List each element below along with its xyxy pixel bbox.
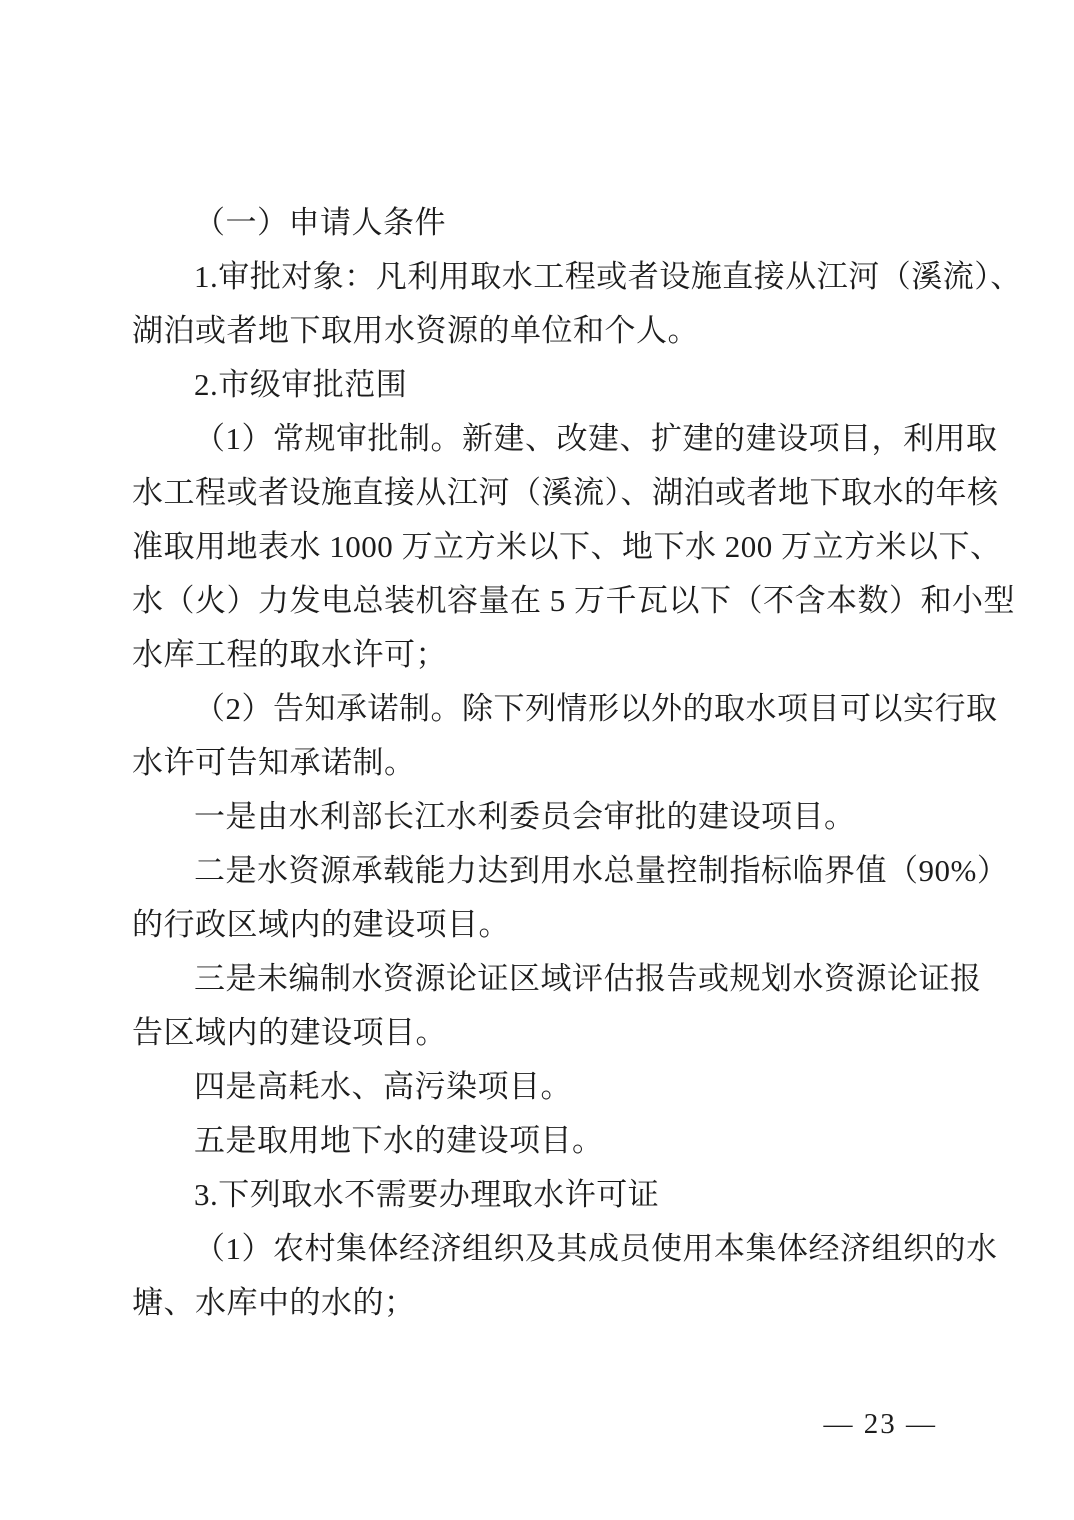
paragraph: 二是水资源承载能力达到用水总量控制指标临界值（90%） 的行政区域内的建设项目。 — [132, 844, 998, 952]
paragraph: 1.审批对象：凡利用取水工程或者设施直接从江河（溪流）、 湖泊或者地下取用水资源… — [132, 250, 998, 358]
text-line: 水许可告知承诺制。 — [132, 736, 998, 790]
text-line: 五是取用地下水的建设项目。 — [132, 1114, 998, 1168]
paragraph: 一是由水利部长江水利委员会审批的建设项目。 — [132, 790, 998, 844]
paragraph: 四是高耗水、高污染项目。 — [132, 1060, 998, 1114]
text-line: 塘、水库中的水的； — [132, 1276, 998, 1330]
text-line: 水（火）力发电总装机容量在 5 万千瓦以下（不含本数）和小型 — [132, 574, 998, 628]
paragraph: 五是取用地下水的建设项目。 — [132, 1114, 998, 1168]
text-line: 四是高耗水、高污染项目。 — [132, 1060, 998, 1114]
text-line: 三是未编制水资源论证区域评估报告或规划水资源论证报 — [132, 952, 998, 1006]
paragraph: （一）申请人条件 — [132, 196, 998, 250]
text-line: 二是水资源承载能力达到用水总量控制指标临界值（90%） — [132, 844, 998, 898]
text-line: （1）农村集体经济组织及其成员使用本集体经济组织的水 — [132, 1222, 998, 1276]
text-line: 告区域内的建设项目。 — [132, 1006, 998, 1060]
text-line: （1）常规审批制。新建、改建、扩建的建设项目，利用取 — [132, 412, 998, 466]
heading-line: （一）申请人条件 — [132, 196, 998, 250]
heading-line: 2.市级审批范围 — [132, 358, 998, 412]
text-line: 1.审批对象：凡利用取水工程或者设施直接从江河（溪流）、 — [132, 250, 998, 304]
heading-line: 3.下列取水不需要办理取水许可证 — [132, 1168, 998, 1222]
text-line: 准取用地表水 1000 万立方米以下、地下水 200 万立方米以下、 — [132, 520, 998, 574]
paragraph: （1）农村集体经济组织及其成员使用本集体经济组织的水 塘、水库中的水的； — [132, 1222, 998, 1330]
text-line: 一是由水利部长江水利委员会审批的建设项目。 — [132, 790, 998, 844]
paragraph: （2）告知承诺制。除下列情形以外的取水项目可以实行取 水许可告知承诺制。 — [132, 682, 998, 790]
page-number: — 23 — — [824, 1408, 938, 1440]
paragraph: 2.市级审批范围 — [132, 358, 998, 412]
paragraph: （1）常规审批制。新建、改建、扩建的建设项目，利用取 水工程或者设施直接从江河（… — [132, 412, 998, 682]
text-line: 的行政区域内的建设项目。 — [132, 898, 998, 952]
text-line: 湖泊或者地下取用水资源的单位和个人。 — [132, 304, 998, 358]
document-body: （一）申请人条件 1.审批对象：凡利用取水工程或者设施直接从江河（溪流）、 湖泊… — [132, 196, 998, 1330]
text-line: 水工程或者设施直接从江河（溪流）、湖泊或者地下取水的年核 — [132, 466, 998, 520]
paragraph: 3.下列取水不需要办理取水许可证 — [132, 1168, 998, 1222]
text-line: （2）告知承诺制。除下列情形以外的取水项目可以实行取 — [132, 682, 998, 736]
document-page: （一）申请人条件 1.审批对象：凡利用取水工程或者设施直接从江河（溪流）、 湖泊… — [0, 0, 1074, 1520]
paragraph: 三是未编制水资源论证区域评估报告或规划水资源论证报 告区域内的建设项目。 — [132, 952, 998, 1060]
text-line: 水库工程的取水许可； — [132, 628, 998, 682]
